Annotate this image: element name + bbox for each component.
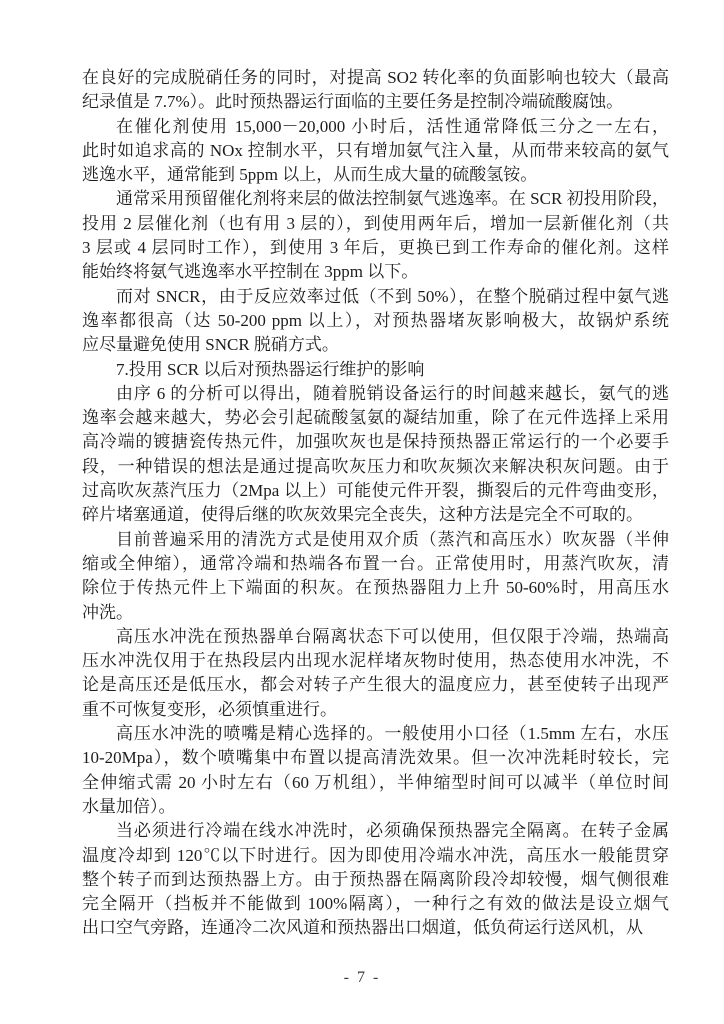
- text-line: 应尽量避免使用 SNCR 脱硝方式。: [82, 333, 669, 357]
- paragraph: 当必须进行冷端在线水冲洗时，必须确保预热器完全隔离。在转子金属温度冷却到 120…: [82, 819, 669, 940]
- text-line: 此时如追求高的 NOx 控制水平，只有增加氨气注入量，从而带来较高的氨气: [82, 139, 669, 163]
- paragraph: 而对 SNCR，由于反应效率过低（不到 50%），在整个脱硝过程中氨气逃逸率都很…: [82, 285, 669, 358]
- paragraph: 高压水冲洗的喷嘴是精心选择的。一般使用小口径（1.5mm 左右，水压10-20M…: [82, 722, 669, 819]
- text-line: 冲洗。: [82, 601, 669, 625]
- text-line: 重不可恢复变形，必须慎重进行。: [82, 698, 669, 722]
- text-line: 完全隔开（挡板并不能做到 100%隔离），一种行之有效的做法是设立烟气: [82, 892, 669, 916]
- text-line: 温度冷却到 120℃以下时进行。因为即使用冷端水冲洗，高压水一般能贯穿: [82, 844, 669, 868]
- text-line: 全伸缩式需 20 小时左右（60 万机组），半伸缩型时间可以减半（单位时间: [82, 771, 669, 795]
- text-line: 高压水冲洗在预热器单台隔离状态下可以使用，但仅限于冷端，热端高: [82, 625, 669, 649]
- paragraph: 目前普遍采用的清洗方式是使用双介质（蒸汽和高压水）吹灰器（半伸缩或全伸缩），通常…: [82, 528, 669, 625]
- text-line: 逃逸水平，通常能到 5ppm 以上，从而生成大量的硫酸氢铵。: [82, 163, 669, 187]
- section-heading: 7.投用 SCR 以后对预热器运行维护的影响: [82, 358, 669, 382]
- text-line: 10-20Mpa），数个喷嘴集中布置以提高清洗效果。但一次冲洗耗时较长，完: [82, 746, 669, 770]
- paragraph: 高压水冲洗在预热器单台隔离状态下可以使用，但仅限于冷端，热端高压水冲洗仅用于在热…: [82, 625, 669, 722]
- text-line: 除位于传热元件上下端面的积灰。在预热器阻力上升 50-60%时，用高压水: [82, 576, 669, 600]
- text-line: 高冷端的镀搪瓷传热元件，加强吹灰也是保持预热器正常运行的一个必要手: [82, 430, 669, 454]
- text-line: 出口空气旁路，连通冷二次风道和预热器出口烟道，低负荷运行送风机，从: [82, 916, 669, 940]
- paragraph: 由序 6 的分析可以得出，随着脱销设备运行的时间越来越长，氨气的逃逸率会越来越大…: [82, 382, 669, 528]
- text-line: 逸率都很高（达 50-200 ppm 以上），对预热器堵灰影响极大，故锅炉系统: [82, 309, 669, 333]
- page-footer: - 7 -: [0, 966, 724, 990]
- document-body: 在良好的完成脱硝任务的同时，对提高 SO2 转化率的负面影响也较大（最高纪录值是…: [82, 66, 669, 941]
- page-number: - 7 -: [344, 969, 381, 986]
- text-line: 水量加倍）。: [82, 795, 669, 819]
- text-line: 过高吹灰蒸汽压力（2Mpa 以上）可能使元件开裂，撕裂后的元件弯曲变形，: [82, 479, 669, 503]
- text-line: 3 层或 4 层同时工作），到使用 3 年后，更换已到工作寿命的催化剂。这样: [82, 236, 669, 260]
- text-line: 逸率会越来越大，势必会引起硫酸氢氨的凝结加重，除了在元件选择上采用: [82, 406, 669, 430]
- text-line: 缩或全伸缩），通常冷端和热端各布置一台。正常使用时，用蒸汽吹灰，清: [82, 552, 669, 576]
- text-line: 而对 SNCR，由于反应效率过低（不到 50%），在整个脱硝过程中氨气逃: [82, 285, 669, 309]
- text-line: 高压水冲洗的喷嘴是精心选择的。一般使用小口径（1.5mm 左右，水压: [82, 722, 669, 746]
- text-line: 论是高压还是低压水，都会对转子产生很大的温度应力，甚至使转子出现严: [82, 673, 669, 697]
- text-line: 当必须进行冷端在线水冲洗时，必须确保预热器完全隔离。在转子金属: [82, 819, 669, 843]
- text-line: 投用 2 层催化剂（也有用 3 层的），到使用两年后，增加一层新催化剂（共: [82, 212, 669, 236]
- text-line: 压水冲洗仅用于在热段层内出现水泥样堵灰物时使用，热态使用水冲洗，不: [82, 649, 669, 673]
- text-line: 段，一种错误的想法是通过提高吹灰压力和吹灰频次来解决积灰问题。由于: [82, 455, 669, 479]
- text-line: 碎片堵塞通道，使得后继的吹灰效果完全丧失，这种方法是完全不可取的。: [82, 503, 669, 527]
- text-line: 由序 6 的分析可以得出，随着脱销设备运行的时间越来越长，氨气的逃: [82, 382, 669, 406]
- text-line: 在催化剂使用 15,000－20,000 小时后，活性通常降低三分之一左右，: [82, 115, 669, 139]
- paragraph: 在催化剂使用 15,000－20,000 小时后，活性通常降低三分之一左右，此时…: [82, 115, 669, 188]
- text-line: 纪录值是 7.7%）。此时预热器运行面临的主要任务是控制冷端硫酸腐蚀。: [82, 90, 669, 114]
- text-line: 整个转子而到达预热器上方。由于预热器在隔离阶段冷却较慢，烟气侧很难: [82, 868, 669, 892]
- text-line: 7.投用 SCR 以后对预热器运行维护的影响: [82, 358, 669, 382]
- paragraph: 通常采用预留催化剂将来层的做法控制氨气逃逸率。在 SCR 初投用阶段，投用 2 …: [82, 187, 669, 284]
- text-line: 能始终将氨气逃逸率水平控制在 3ppm 以下。: [82, 260, 669, 284]
- paragraph: 在良好的完成脱硝任务的同时，对提高 SO2 转化率的负面影响也较大（最高纪录值是…: [82, 66, 669, 115]
- text-line: 通常采用预留催化剂将来层的做法控制氨气逃逸率。在 SCR 初投用阶段，: [82, 187, 669, 211]
- text-line: 目前普遍采用的清洗方式是使用双介质（蒸汽和高压水）吹灰器（半伸: [82, 528, 669, 552]
- text-line: 在良好的完成脱硝任务的同时，对提高 SO2 转化率的负面影响也较大（最高: [82, 66, 669, 90]
